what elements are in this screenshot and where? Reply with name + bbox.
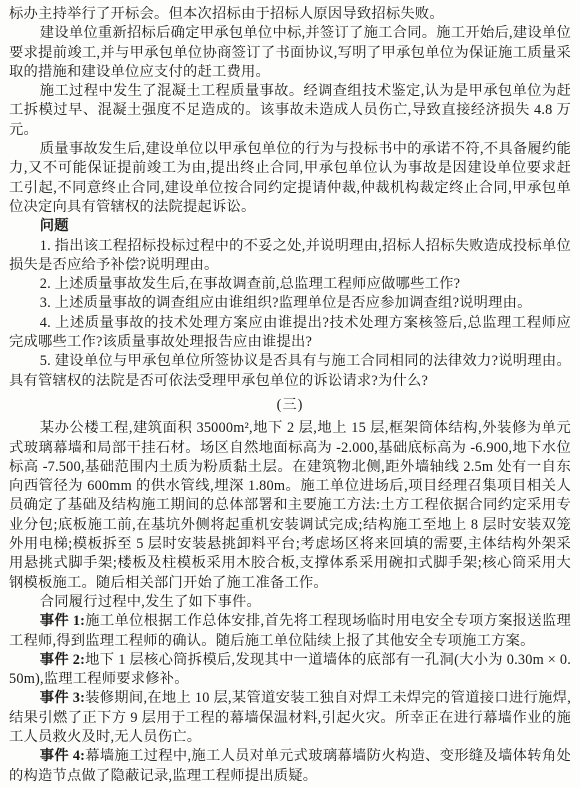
event-paragraph: 事件 4:幕墙施工过程中,施工人员对单元式玻璃幕墙防火构造、变形缝及墙体转角处的…	[9, 747, 571, 786]
event-paragraph: 事件 2:地下 1 层核心筒拆模后,发现其中一道墙体的底部有一孔洞(大小为 0.…	[9, 651, 571, 690]
question-item: 2. 上述质量事故发生后,在事故调查前,总监理工程师应做哪些工作?	[9, 275, 571, 294]
body-paragraph: 某办公楼工程,建筑面积 35000m²,地下 2 层,地上 15 层,框架筒体结…	[9, 419, 571, 593]
section-heading: (三)	[9, 396, 571, 415]
body-paragraph: 施工过程中发生了混凝土工程质量事故。经调查组技术鉴定,认为是甲承包单位为赶工拆模…	[9, 82, 571, 140]
body-paragraph: 质量事故发生后,建设单位以甲承包单位的行为与投标书中的承诺不符,不具备履约能力,…	[9, 140, 571, 217]
event-label: 事件 3:	[40, 690, 85, 706]
question-item: 4. 上述质量事故的技术处理方案应由谁提出?技术处理方案核签后,总监理工程师应完…	[9, 314, 571, 353]
document-page: 标办主持举行了开标会。但本次招标由于招标人原因导致招标失败。建设单位重新招标后确…	[0, 0, 580, 788]
body-paragraph: 建设单位重新招标后确定甲承包单位中标,并签订了施工合同。施工开始后,建设单位要求…	[9, 24, 571, 82]
event-label: 事件 1:	[40, 613, 85, 629]
event-label: 事件 2:	[40, 652, 85, 668]
body-paragraph: 合同履行过程中,发生了如下事件。	[9, 593, 571, 612]
body-paragraph-continuation: 标办主持举行了开标会。但本次招标由于招标人原因导致招标失败。	[9, 5, 571, 24]
document-body: 标办主持举行了开标会。但本次招标由于招标人原因导致招标失败。建设单位重新招标后确…	[9, 5, 571, 786]
questions-heading: 问题	[9, 217, 571, 236]
event-paragraph: 事件 3:装修期间,在地上 10 层,某管道安装工独自对焊工未焊完的管道接口进行…	[9, 689, 571, 747]
question-item: 3. 上述质量事故的调查组应由谁组织?监理单位是否应参加调查组?说明理由。	[9, 294, 571, 313]
question-item: 1. 指出该工程招标投标过程中的不妥之处,并说明理由,招标人招标失败造成投标单位…	[9, 237, 571, 276]
event-label: 事件 4:	[40, 748, 85, 764]
question-item: 5. 建设单位与甲承包单位所签协议是否具有与施工合同相同的法律效力?说明理由。具…	[9, 352, 571, 391]
event-paragraph: 事件 1:施工单位根据工作总体安排,首先将工程现场临时用电安全专项方案报送监理工…	[9, 612, 571, 651]
